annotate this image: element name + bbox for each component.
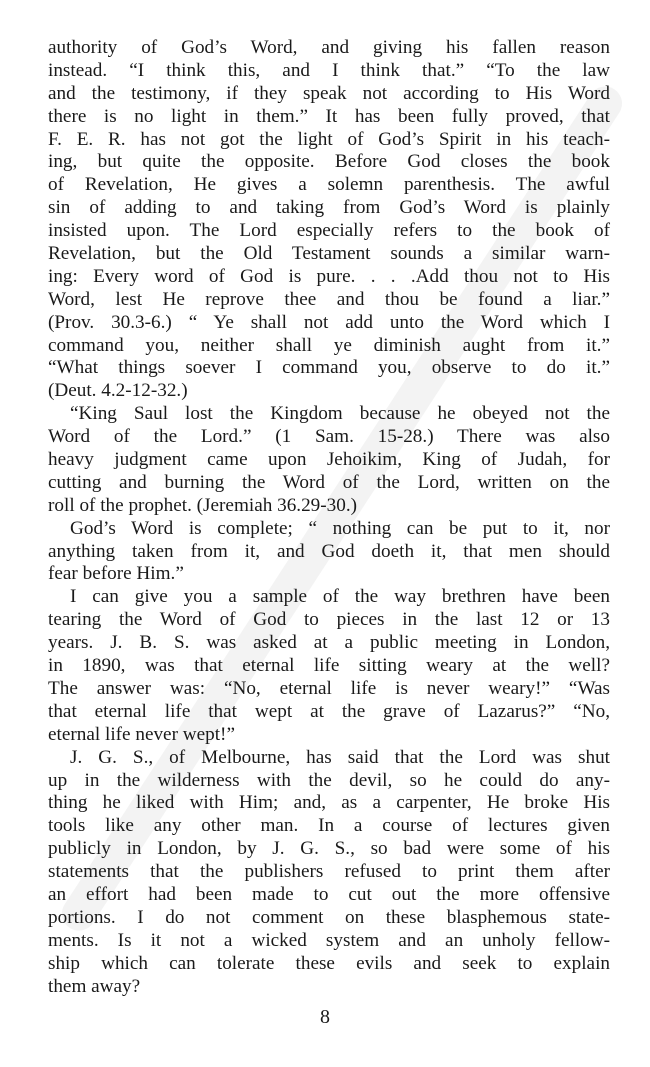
text-line: roll of the prophet. (Jeremiah 36.29-30.…	[48, 495, 610, 518]
text-line: (Deut. 4.2-12-32.)	[48, 380, 610, 403]
text-line: heavy judgment came upon Jehoikim, King …	[48, 449, 610, 472]
text-line: Revelation, but the Old Testament sounds…	[48, 243, 610, 266]
text-line: (Prov. 30.3-6.) “ Ye shall not add unto …	[48, 312, 610, 335]
text-line: F. E. R. has not got the light of God’s …	[48, 129, 610, 152]
text-line: ments. Is it not a wicked system and an …	[48, 930, 610, 953]
text-line: command you, neither shall ye diminish a…	[48, 335, 610, 358]
text-line: ship which can tolerate these evils and …	[48, 953, 610, 976]
text-line: publicly in London, by J. G. S., so bad …	[48, 838, 610, 861]
text-line: statements that the publishers refused t…	[48, 861, 610, 884]
text-line: fear before Him.”	[48, 563, 610, 586]
text-line: Word of the Lord.” (1 Sam. 15-28.) There…	[48, 426, 610, 449]
text-line: ing: Every word of God is pure. . . .Add…	[48, 266, 610, 289]
text-line: anything taken from it, and God doeth it…	[48, 541, 610, 564]
text-line: “What things soever I command you, obser…	[48, 357, 610, 380]
text-line: God’s Word is complete; “ nothing can be…	[48, 518, 610, 541]
text-line: cutting and burning the Word of the Lord…	[48, 472, 610, 495]
text-line: in 1890, was that eternal life sitting w…	[48, 655, 610, 678]
text-line: tearing the Word of God to pieces in the…	[48, 609, 610, 632]
text-line: The answer was: “No, eternal life is nev…	[48, 678, 610, 701]
text-line: and the testimony, if they speak not acc…	[48, 83, 610, 106]
text-line: J. G. S., of Melbourne, has said that th…	[48, 747, 610, 770]
text-line: Word, lest He reprove thee and thou be f…	[48, 289, 610, 312]
text-line: an effort had been made to cut out the m…	[48, 884, 610, 907]
text-line: there is no light in them.” It has been …	[48, 106, 610, 129]
page-number: 8	[0, 1006, 650, 1029]
text-line: portions. I do not comment on these blas…	[48, 907, 610, 930]
text-line: eternal life never wept!”	[48, 724, 610, 747]
text-line: I can give you a sample of the way breth…	[48, 586, 610, 609]
text-line: instead. “I think this, and I think that…	[48, 60, 610, 83]
text-line: of Revelation, He gives a solemn parenth…	[48, 174, 610, 197]
text-line: sin of adding to and taking from God’s W…	[48, 197, 610, 220]
text-line: that eternal life that wept at the grave…	[48, 701, 610, 724]
text-line: them away?	[48, 976, 610, 999]
text-line: thing he liked with Him; and, as a carpe…	[48, 792, 610, 815]
text-line: insisted upon. The Lord especially refer…	[48, 220, 610, 243]
text-line: ing, but quite the opposite. Before God …	[48, 151, 610, 174]
text-line: up in the wilderness with the devil, so …	[48, 770, 610, 793]
text-line: tools like any other man. In a course of…	[48, 815, 610, 838]
text-line: “King Saul lost the Kingdom because he o…	[48, 403, 610, 426]
text-line: years. J. B. S. was asked at a public me…	[48, 632, 610, 655]
text-line: authority of God’s Word, and giving his …	[48, 37, 610, 60]
page-body: authority of God’s Word, and giving his …	[48, 37, 610, 998]
